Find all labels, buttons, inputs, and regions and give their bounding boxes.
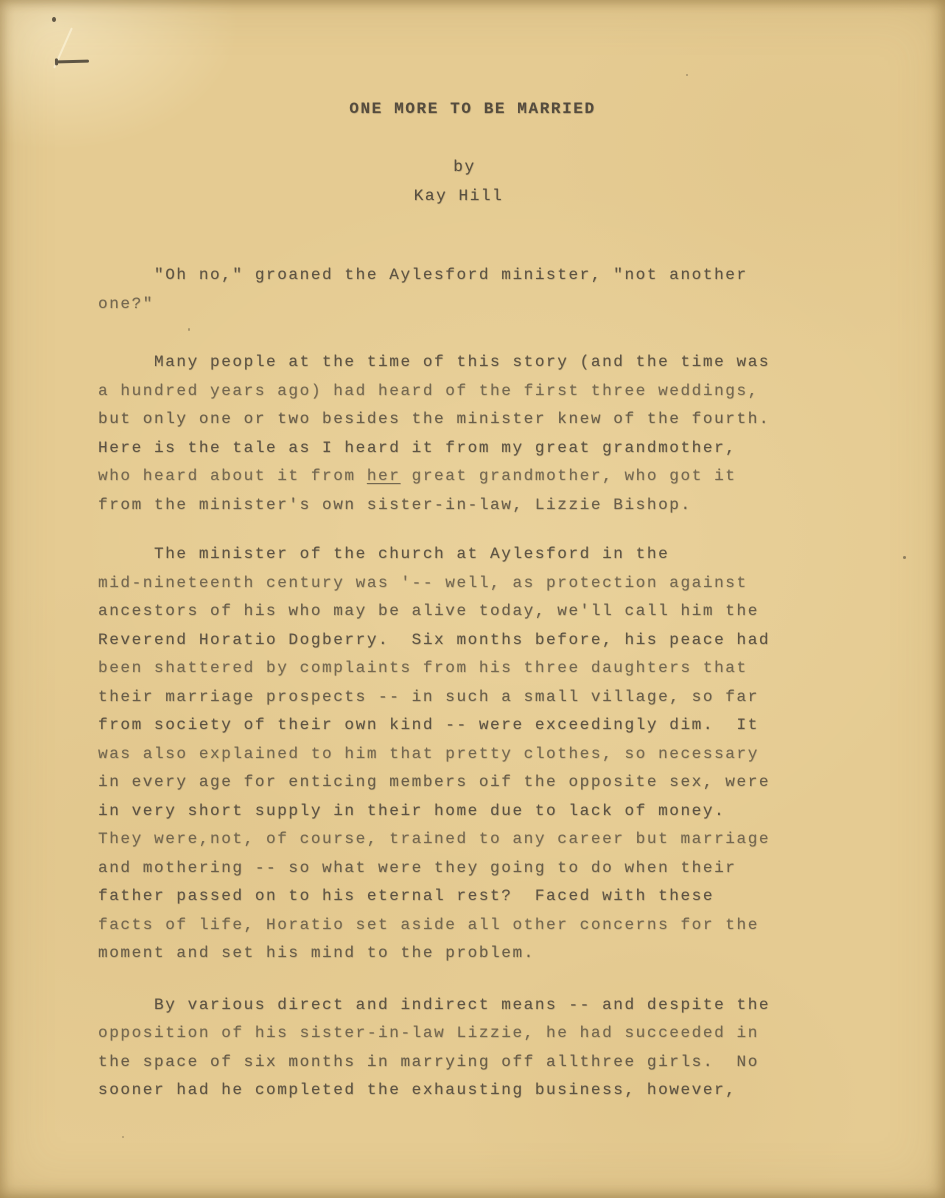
page-title: ONE MORE TO BE MARRIED [0,94,945,124]
text-line: but only one or two besides the minister… [98,405,945,434]
text-line: Many people at the time of this story (a… [98,348,945,377]
text-line: They were,not, of course, trained to any… [98,825,945,854]
paragraph: Many people at the time of this story (a… [98,348,945,519]
text-line: father passed on to his eternal rest? Fa… [98,882,945,911]
text-line: mid-nineteenth century was '-- well, as … [98,569,945,598]
text-line: moment and set his mind to the problem. [98,939,945,968]
byline: by Kay Hill [0,153,945,210]
text-line: from society of their own kind -- were e… [98,711,945,740]
text-line: from the minister's own sister-in-law, L… [98,491,945,520]
paper-speck [686,74,688,76]
text-line: one?" [98,290,945,319]
text-line: was also explained to him that pretty cl… [98,740,945,769]
byline-label: by [0,153,937,182]
text-line: who heard about it from her great grandm… [98,462,945,491]
text-line: the space of six months in marrying off … [98,1048,945,1077]
text-line: and mothering -- so what were they going… [98,854,945,883]
paragraph: The minister of the church at Aylesford … [98,540,945,968]
author-name: Kay Hill [0,182,931,211]
text-line: sooner had he completed the exhausting b… [98,1076,945,1105]
paragraph: "Oh no," groaned the Aylesford minister,… [98,261,945,318]
text-line: Reverend Horatio Dogberry. Six months be… [98,626,945,655]
text-line: in every age for enticing members oif th… [98,768,945,797]
manuscript-page: ONE MORE TO BE MARRIED by Kay Hill "Oh n… [0,0,945,1198]
text-line: their marriage prospects -- in such a sm… [98,683,945,712]
text-line: ancestors of his who may be alive today,… [98,597,945,626]
text-line: opposition of his sister-in-law Lizzie, … [98,1019,945,1048]
text-line: been shattered by complaints from his th… [98,654,945,683]
paper-speck [122,1136,124,1138]
paper-speck [188,328,190,331]
manuscript-body: "Oh no," groaned the Aylesford minister,… [0,261,945,1105]
text-line: By various direct and indirect means -- … [98,991,945,1020]
text-line: in very short supply in their home due t… [98,797,945,826]
text-line: The minister of the church at Aylesford … [98,540,945,569]
text-line: Here is the tale as I heard it from my g… [98,434,945,463]
pencil-dot-mark [52,17,56,22]
text-line: a hundred years ago) had heard of the fi… [98,377,945,406]
text-line: facts of life, Horatio set aside all oth… [98,911,945,940]
paragraph: By various direct and indirect means -- … [98,991,945,1105]
pencil-dash-mark [57,60,89,64]
text-line: "Oh no," groaned the Aylesford minister,… [98,261,945,290]
